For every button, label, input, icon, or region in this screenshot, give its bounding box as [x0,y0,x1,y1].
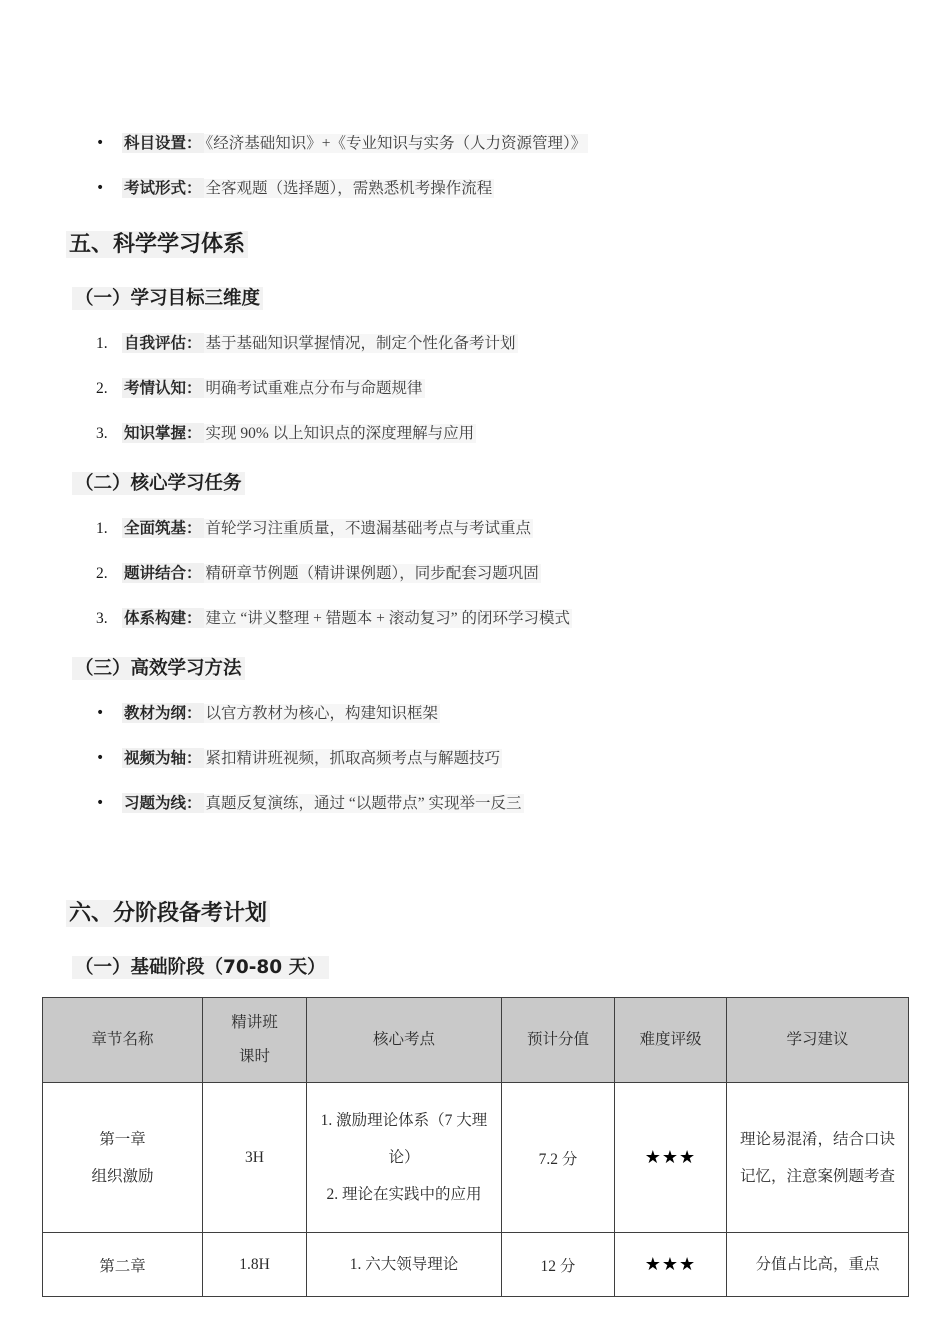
item-body: 全客观题（选择题），需熟悉机考操作流程 [204,179,495,198]
stage-heading: （一）基础阶段（70-80 天） [72,955,908,981]
item-body: 实现 90% 以上知识点的深度理解与应用 [204,424,477,443]
cell-core: 1. 六大领导理论 [307,1233,502,1297]
item-body: 首轮学习注重质量，不遗漏基础考点与考试重点 [204,519,534,538]
subsection-one-title: （一）学习目标三维度 [72,287,263,310]
study-plan-table: 章节名称 精讲班 课时 核心考点 预计分值 难度评级 学习建议 第一章 组织激励… [42,997,909,1297]
list-item-text: 自我评估：基于基础知识掌握情况，制定个性化备考计划 [122,332,518,355]
cell-chapter: 第二章 [43,1233,203,1297]
section-five-title: 五、科学学习体系 [66,231,248,258]
list-item: 3. 体系构建：建立 “讲义整理 + 错题本 + 滚动复习” 的闭环学习模式 [96,607,908,630]
item-body: 《经济基础知识》+《专业知识与实务（人力资源管理）》 [204,134,589,153]
header-hours: 精讲班 课时 [203,998,307,1083]
cell-difficulty: ★★★ [615,1083,727,1233]
header-hours-line2: 课时 [215,1040,294,1074]
item-label: 题讲结合： [122,563,204,583]
list-item-text: 全面筑基：首轮学习注重质量，不遗漏基础考点与考试重点 [122,517,533,540]
subsection-two-heading: （二）核心学习任务 [72,471,908,497]
cell-core: 1. 激励理论体系（7 大理论） 2. 理论在实践中的应用 [307,1083,502,1233]
item-body: 明确考试重难点分布与命题规律 [204,379,425,398]
item-body: 基于基础知识掌握情况，制定个性化备考计划 [204,334,518,353]
item-number: 2. [96,562,122,585]
list-item-text: 科目设置：《经济基础知识》+《专业知识与实务（人力资源管理）》 [122,132,588,155]
list-item-text: 考情认知：明确考试重难点分布与命题规律 [122,377,425,400]
list-item-text: 体系构建：建立 “讲义整理 + 错题本 + 滚动复习” 的闭环学习模式 [122,607,572,630]
stage-title: （一）基础阶段（70-80 天） [72,956,329,979]
item-number: 3. [96,422,122,445]
cell-chapter: 第一章 组织激励 [43,1083,203,1233]
header-advice: 学习建议 [727,998,909,1083]
list-item: • 视频为轴：紧扣精讲班视频，抓取高频考点与解题技巧 [96,747,908,770]
bullet-icon: • [96,792,122,815]
item-label: 全面筑基： [122,518,204,538]
section-five-heading: 五、科学学习体系 [66,230,908,260]
advice-text: 理论易混淆，结合口诀记忆，注意案例题考查 [739,1121,896,1195]
core-point: 1. 激励理论体系（7 大理论） [319,1102,489,1176]
bullet-icon: • [96,702,122,725]
section-six-heading: 六、分阶段备考计划 [66,899,908,929]
list-item-text: 考试形式：全客观题（选择题），需熟悉机考操作流程 [122,177,494,200]
item-label: 教材为纲： [122,703,204,723]
document-page: • 科目设置：《经济基础知识》+《专业知识与实务（人力资源管理）》 • 考试形式… [0,0,950,1344]
item-label: 考试形式： [122,178,204,198]
core-point: 1. 六大领导理论 [319,1246,489,1283]
item-label: 习题为线： [122,793,204,813]
bullet-icon: • [96,177,122,200]
list-item-text: 题讲结合：精研章节例题（精讲课例题），同步配套习题巩固 [122,562,541,585]
cell-score: 7.2 分 [502,1083,615,1233]
list-item-text: 习题为线：真题反复演练，通过 “以题带点” 实现举一反三 [122,792,524,815]
item-body: 以官方教材为核心，构建知识框架 [204,704,441,723]
star-rating: ★★★ [645,1254,696,1275]
item-label: 视频为轴： [122,748,204,768]
cell-hours: 1.8H [203,1233,307,1297]
item-label: 自我评估： [122,333,204,353]
star-rating: ★★★ [645,1147,696,1168]
list-item: • 科目设置：《经济基础知识》+《专业知识与实务（人力资源管理）》 [96,132,908,155]
ordered-list-goals: 1. 自我评估：基于基础知识掌握情况，制定个性化备考计划 2. 考情认知：明确考… [42,332,908,445]
item-body: 精研章节例题（精讲课例题），同步配套习题巩固 [204,564,541,583]
list-item: 2. 题讲结合：精研章节例题（精讲课例题），同步配套习题巩固 [96,562,908,585]
list-item: • 考试形式：全客观题（选择题），需熟悉机考操作流程 [96,177,908,200]
section-gap [42,815,908,869]
table-row: 第二章 1.8H 1. 六大领导理论 12 分 ★★★ 分值占比高，重点 [43,1233,909,1297]
bullet-icon: • [96,132,122,155]
subsection-two-title: （二）核心学习任务 [72,472,245,495]
subsection-three-heading: （三）高效学习方法 [72,656,908,682]
item-number: 1. [96,332,122,355]
list-item: 1. 全面筑基：首轮学习注重质量，不遗漏基础考点与考试重点 [96,517,908,540]
item-number: 2. [96,377,122,400]
list-item: • 习题为线：真题反复演练，通过 “以题带点” 实现举一反三 [96,792,908,815]
bullet-icon: • [96,747,122,770]
list-item-text: 教材为纲：以官方教材为核心，构建知识框架 [122,702,440,725]
item-number: 3. [96,607,122,630]
item-label: 知识掌握： [122,423,204,443]
section-six-title: 六、分阶段备考计划 [66,900,270,927]
cell-hours: 3H [203,1083,307,1233]
item-label: 考情认知： [122,378,204,398]
header-core: 核心考点 [307,998,502,1083]
item-body: 真题反复演练，通过 “以题带点” 实现举一反三 [204,794,524,813]
item-label: 体系构建： [122,608,204,628]
chapter-line2: 组织激励 [55,1158,190,1195]
header-score: 预计分值 [502,998,615,1083]
list-item: 2. 考情认知：明确考试重难点分布与命题规律 [96,377,908,400]
core-point: 2. 理论在实践中的应用 [319,1176,489,1213]
advice-text: 分值占比高，重点 [739,1246,896,1283]
item-label: 科目设置： [122,133,204,153]
header-chapter: 章节名称 [43,998,203,1083]
subsection-three-title: （三）高效学习方法 [72,657,245,680]
item-number: 1. [96,517,122,540]
cell-advice: 分值占比高，重点 [727,1233,909,1297]
chapter-line1: 第一章 [55,1121,190,1158]
header-hours-line1: 精讲班 [215,1006,294,1040]
list-item-text: 知识掌握：实现 90% 以上知识点的深度理解与应用 [122,422,476,445]
bullet-list-methods: • 教材为纲：以官方教材为核心，构建知识框架 • 视频为轴：紧扣精讲班视频，抓取… [42,702,908,815]
header-difficulty: 难度评级 [615,998,727,1083]
table-row: 第一章 组织激励 3H 1. 激励理论体系（7 大理论） 2. 理论在实践中的应… [43,1083,909,1233]
list-item: 3. 知识掌握：实现 90% 以上知识点的深度理解与应用 [96,422,908,445]
intro-list: • 科目设置：《经济基础知识》+《专业知识与实务（人力资源管理）》 • 考试形式… [42,132,908,200]
cell-difficulty: ★★★ [615,1233,727,1297]
item-body: 建立 “讲义整理 + 错题本 + 滚动复习” 的闭环学习模式 [204,609,573,628]
list-item: • 教材为纲：以官方教材为核心，构建知识框架 [96,702,908,725]
ordered-list-tasks: 1. 全面筑基：首轮学习注重质量，不遗漏基础考点与考试重点 2. 题讲结合：精研… [42,517,908,630]
item-body: 紧扣精讲班视频，抓取高频考点与解题技巧 [204,749,503,768]
list-item-text: 视频为轴：紧扣精讲班视频，抓取高频考点与解题技巧 [122,747,502,770]
cell-score: 12 分 [502,1233,615,1297]
list-item: 1. 自我评估：基于基础知识掌握情况，制定个性化备考计划 [96,332,908,355]
subsection-one-heading: （一）学习目标三维度 [72,286,908,312]
table-header-row: 章节名称 精讲班 课时 核心考点 预计分值 难度评级 学习建议 [43,998,909,1083]
cell-advice: 理论易混淆，结合口诀记忆，注意案例题考查 [727,1083,909,1233]
